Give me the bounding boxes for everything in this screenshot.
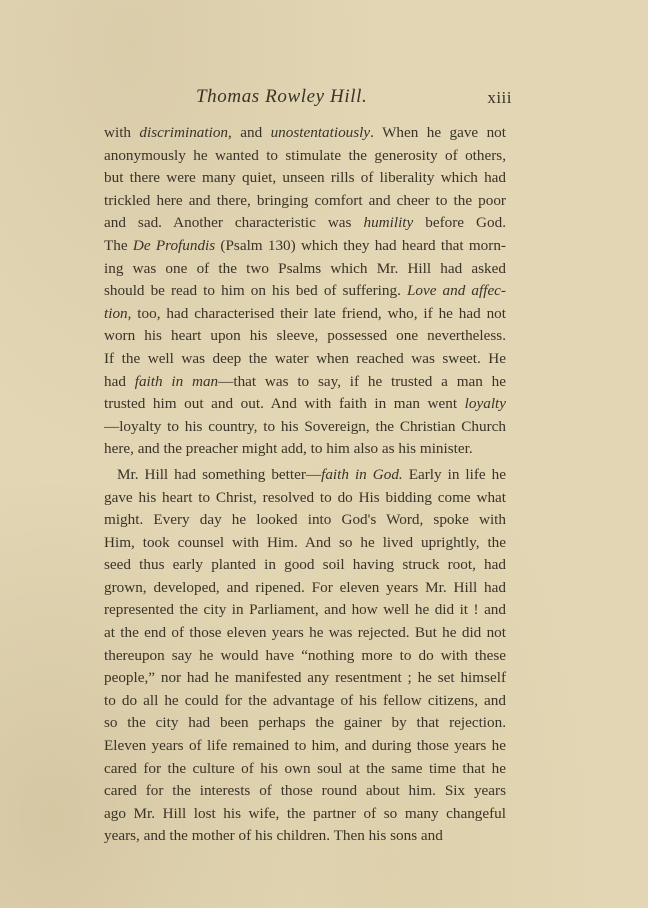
text-line: with discrimination, and unostentatiousl… — [104, 122, 506, 145]
book-page: Thomas Rowley Hill. xiii with discrimina… — [0, 0, 648, 908]
text-run: had — [104, 373, 135, 390]
text-line: gave his heart to Christ, resolved to do… — [104, 487, 506, 510]
text-line: Mr. Hill had something better—faith in G… — [104, 464, 506, 487]
text-run: ago Mr. Hill lost his wife, the partner … — [104, 805, 506, 822]
text-run: trusted him out and out. And with faith … — [104, 395, 465, 412]
text-run: ing was one of the two Psalms which Mr. … — [104, 260, 506, 277]
italic-phrase: humility — [363, 214, 413, 231]
text-line: seed thus early planted in good soil hav… — [104, 554, 506, 577]
text-line: might. Every day he looked into God's Wo… — [104, 509, 506, 532]
text-run: —that was to say, if he trusted a man he — [218, 373, 506, 390]
text-line: at the end of those eleven years he was … — [104, 622, 506, 645]
text-run: The — [104, 237, 133, 254]
text-run: seed thus early planted in good soil hav… — [104, 556, 506, 573]
text-run: —loyalty to his country, to his Sovereig… — [104, 418, 506, 435]
text-line: trusted him out and out. And with faith … — [104, 393, 506, 416]
text-line: but there were many quiet, unseen rills … — [104, 167, 506, 190]
text-line: thereupon say he would have “nothing mor… — [104, 645, 506, 668]
paragraph: with discrimination, and unostentatiousl… — [104, 122, 506, 461]
text-run: Him, took counsel with Him. And so he li… — [104, 534, 506, 551]
text-run: anonymously he wanted to stimulate the g… — [104, 147, 506, 164]
text-run: worn his heart upon his sleeve, possesse… — [104, 327, 506, 344]
italic-phrase: loyalty — [465, 395, 506, 412]
text-run: (Psalm 130) which they had heard that mo… — [215, 237, 506, 254]
running-head: Thomas Rowley Hill. xiii — [104, 86, 512, 110]
text-line: grown, developed, and ripened. For eleve… — [104, 577, 506, 600]
text-line: cared for the interests of those round a… — [104, 780, 506, 803]
text-line: Him, took counsel with Him. And so he li… — [104, 532, 506, 555]
text-run: here, and the preacher might add, to him… — [104, 440, 473, 457]
italic-phrase: De Profundis — [133, 237, 215, 254]
italic-phrase: discrimination — [139, 124, 228, 141]
text-run: trickled here and there, bringing comfor… — [104, 192, 506, 209]
text-line: so the city had been perhaps the gainer … — [104, 712, 506, 735]
text-line: trickled here and there, bringing comfor… — [104, 190, 506, 213]
text-run: Early in life he — [403, 466, 506, 483]
text-run: . When he gave not — [370, 124, 506, 141]
text-run: should be read to him on his bed of suff… — [104, 282, 407, 299]
text-run: before God. — [413, 214, 506, 231]
paragraph: Mr. Hill had something better—faith in G… — [104, 464, 506, 848]
page-number: xiii — [487, 88, 512, 108]
text-line: anonymously he wanted to stimulate the g… — [104, 145, 506, 168]
text-run: with — [104, 124, 139, 141]
text-line: —loyalty to his country, to his Sovereig… — [104, 416, 506, 439]
text-run: If the well was deep the water when reac… — [104, 350, 506, 367]
italic-phrase: tion — [104, 305, 128, 322]
text-line: years, and the mother of his children. T… — [104, 825, 506, 848]
text-run: and sad. Another characteristic was — [104, 214, 363, 231]
running-title: Thomas Rowley Hill. — [196, 86, 367, 108]
italic-phrase: faith in man — [135, 373, 218, 390]
text-run: thereupon say he would have “nothing mor… — [104, 647, 506, 664]
text-run: might. Every day he looked into God's Wo… — [104, 511, 506, 528]
text-line: If the well was deep the water when reac… — [104, 348, 506, 371]
text-run: , and — [228, 124, 271, 141]
text-line: tion, too, had characterised their late … — [104, 303, 506, 326]
text-run: Mr. Hill had something better— — [117, 466, 321, 483]
text-run: cared for the interests of those round a… — [104, 782, 506, 799]
text-run: to do all he could for the advantage of … — [104, 692, 506, 709]
text-run: gave his heart to Christ, resolved to do… — [104, 489, 506, 506]
italic-phrase: unostentatiously — [271, 124, 371, 141]
text-run: represented the city in Parliament, and … — [104, 601, 506, 618]
text-line: to do all he could for the advantage of … — [104, 690, 506, 713]
body-text: with discrimination, and unostentatiousl… — [104, 122, 506, 848]
text-line: people,” nor had he manifested any resen… — [104, 667, 506, 690]
text-line: represented the city in Parliament, and … — [104, 599, 506, 622]
text-line: ing was one of the two Psalms which Mr. … — [104, 258, 506, 281]
text-line: Eleven years of life remained to him, an… — [104, 735, 506, 758]
text-run: so the city had been perhaps the gainer … — [104, 714, 506, 731]
text-line: should be read to him on his bed of suff… — [104, 280, 506, 303]
text-run: grown, developed, and ripened. For eleve… — [104, 579, 506, 596]
italic-phrase: Love and affec- — [407, 282, 506, 299]
text-line: here, and the preacher might add, to him… — [104, 438, 506, 461]
text-run: cared for the culture of his own soul at… — [104, 760, 506, 777]
text-line: ago Mr. Hill lost his wife, the partner … — [104, 803, 506, 826]
text-line: worn his heart upon his sleeve, possesse… — [104, 325, 506, 348]
text-run: but there were many quiet, unseen rills … — [104, 169, 506, 186]
text-line: and sad. Another characteristic was humi… — [104, 212, 506, 235]
text-run: , too, had characterised their late frie… — [128, 305, 506, 322]
text-line: The De Profundis (Psalm 130) which they … — [104, 235, 506, 258]
text-line: cared for the culture of his own soul at… — [104, 758, 506, 781]
italic-phrase: faith in God. — [321, 466, 403, 483]
text-run: at the end of those eleven years he was … — [104, 624, 506, 641]
text-run: people,” nor had he manifested any resen… — [104, 669, 506, 686]
text-line: had faith in man—that was to say, if he … — [104, 371, 506, 394]
text-run: Eleven years of life remained to him, an… — [104, 737, 506, 754]
text-run: years, and the mother of his children. T… — [104, 827, 443, 844]
